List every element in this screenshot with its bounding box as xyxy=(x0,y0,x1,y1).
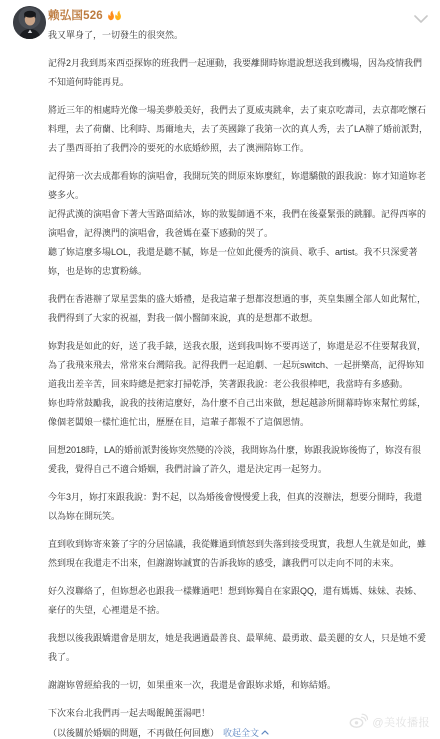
paragraph: 直到收到妳寄來簽了字的分居協議，我從難過到憤怒到失落到接受現實，我想人生就是如此… xyxy=(48,535,430,573)
avatar-photo xyxy=(13,6,46,39)
paragraph: 妳對我是如此的好，送了我手錶，送我衣服，送到我叫妳不要再送了，妳還是忍不住要幫我… xyxy=(48,337,430,394)
avatar[interactable] xyxy=(13,6,46,39)
note-text: （以後關於婚姻的問題，不再做任何回應） xyxy=(48,728,219,738)
paragraph: 記得武漢的演唱會下著大雪路面結冰，妳的妝髮師過不來，我們在後臺緊張的跳腳。記得西… xyxy=(48,205,430,243)
user-header: 赖弘国526 xyxy=(48,8,430,22)
vip-flame-icon xyxy=(107,10,122,21)
paragraph: 好久沒聯絡了，但妳想必也跟我一樣難過吧！想到妳獨自在家跟QQ，還有媽媽、妹妹、表… xyxy=(48,582,430,620)
chevron-up-icon[interactable] xyxy=(261,723,269,739)
watermark-text: @美妆播报 xyxy=(372,714,430,730)
paragraph: 謝謝妳曾經給我的一切，如果重來一次，我還是會跟妳求婚，和妳結婚。 xyxy=(48,676,430,695)
paragraph: 聽了妳這麼多場LOL，我還是聽不膩，妳是一位如此優秀的演員、歌手、artist。… xyxy=(48,243,430,281)
watermark: @美妆播报 xyxy=(349,713,430,731)
paragraph: 我又單身了，一切發生的很突然。 xyxy=(48,26,430,45)
collapse-full-text-link[interactable]: 收起全文 xyxy=(223,728,259,738)
post-content: 赖弘国526 我又單身了，一切發生的很突然。 記得2月我到馬來西亞探妳的班我們一… xyxy=(48,8,430,739)
paragraph: 今年3月，妳打來跟我說：對不起，以為婚後會慢慢愛上我，但真的沒辦法，想要分開時，… xyxy=(48,488,430,526)
weibo-logo-icon xyxy=(349,713,368,731)
paragraph: 我想以後我跟嬌還會是朋友，她是我遇過最善良、最單純、最勇敢、最美麗的女人，只是她… xyxy=(48,629,430,667)
paragraph: 妳也時常鼓勵我，說我的技術這麼好，為什麼不自己出來做，想起越診所開幕時妳來幫忙剪… xyxy=(48,394,430,432)
post-text: 我又單身了，一切發生的很突然。 記得2月我到馬來西亞探妳的班我們一起運動，我要離… xyxy=(48,26,430,739)
weibo-post: 赖弘国526 我又單身了，一切發生的很突然。 記得2月我到馬來西亞探妳的班我們一… xyxy=(0,8,440,739)
paragraph: 我們在香港辦了眾星雲集的盛大婚禮，是我這輩子想都沒想過的事，英皇集團全部人如此幫… xyxy=(48,290,430,328)
paragraph: 記得2月我到馬來西亞探妳的班我們一起運動，我要離開時妳還說想送我到機場，因為疫情… xyxy=(48,54,430,92)
paragraph: 將近三年的相處時光像一場美夢般美好，我們去了夏威夷跳傘，去了東京吃壽司，去京都吃… xyxy=(48,101,430,158)
username[interactable]: 赖弘国526 xyxy=(48,7,103,23)
paragraph: 記得第一次去成都看妳的演唱會，我開玩笑的問原來妳麼紅，妳還驕傲的跟我說：妳才知道… xyxy=(48,167,430,205)
chevron-down-icon[interactable] xyxy=(414,10,428,18)
paragraph: 回想2018時，LA的婚前派對後妳突然變的冷淡，我問妳為什麼，妳跟我說妳後悔了，… xyxy=(48,441,430,479)
